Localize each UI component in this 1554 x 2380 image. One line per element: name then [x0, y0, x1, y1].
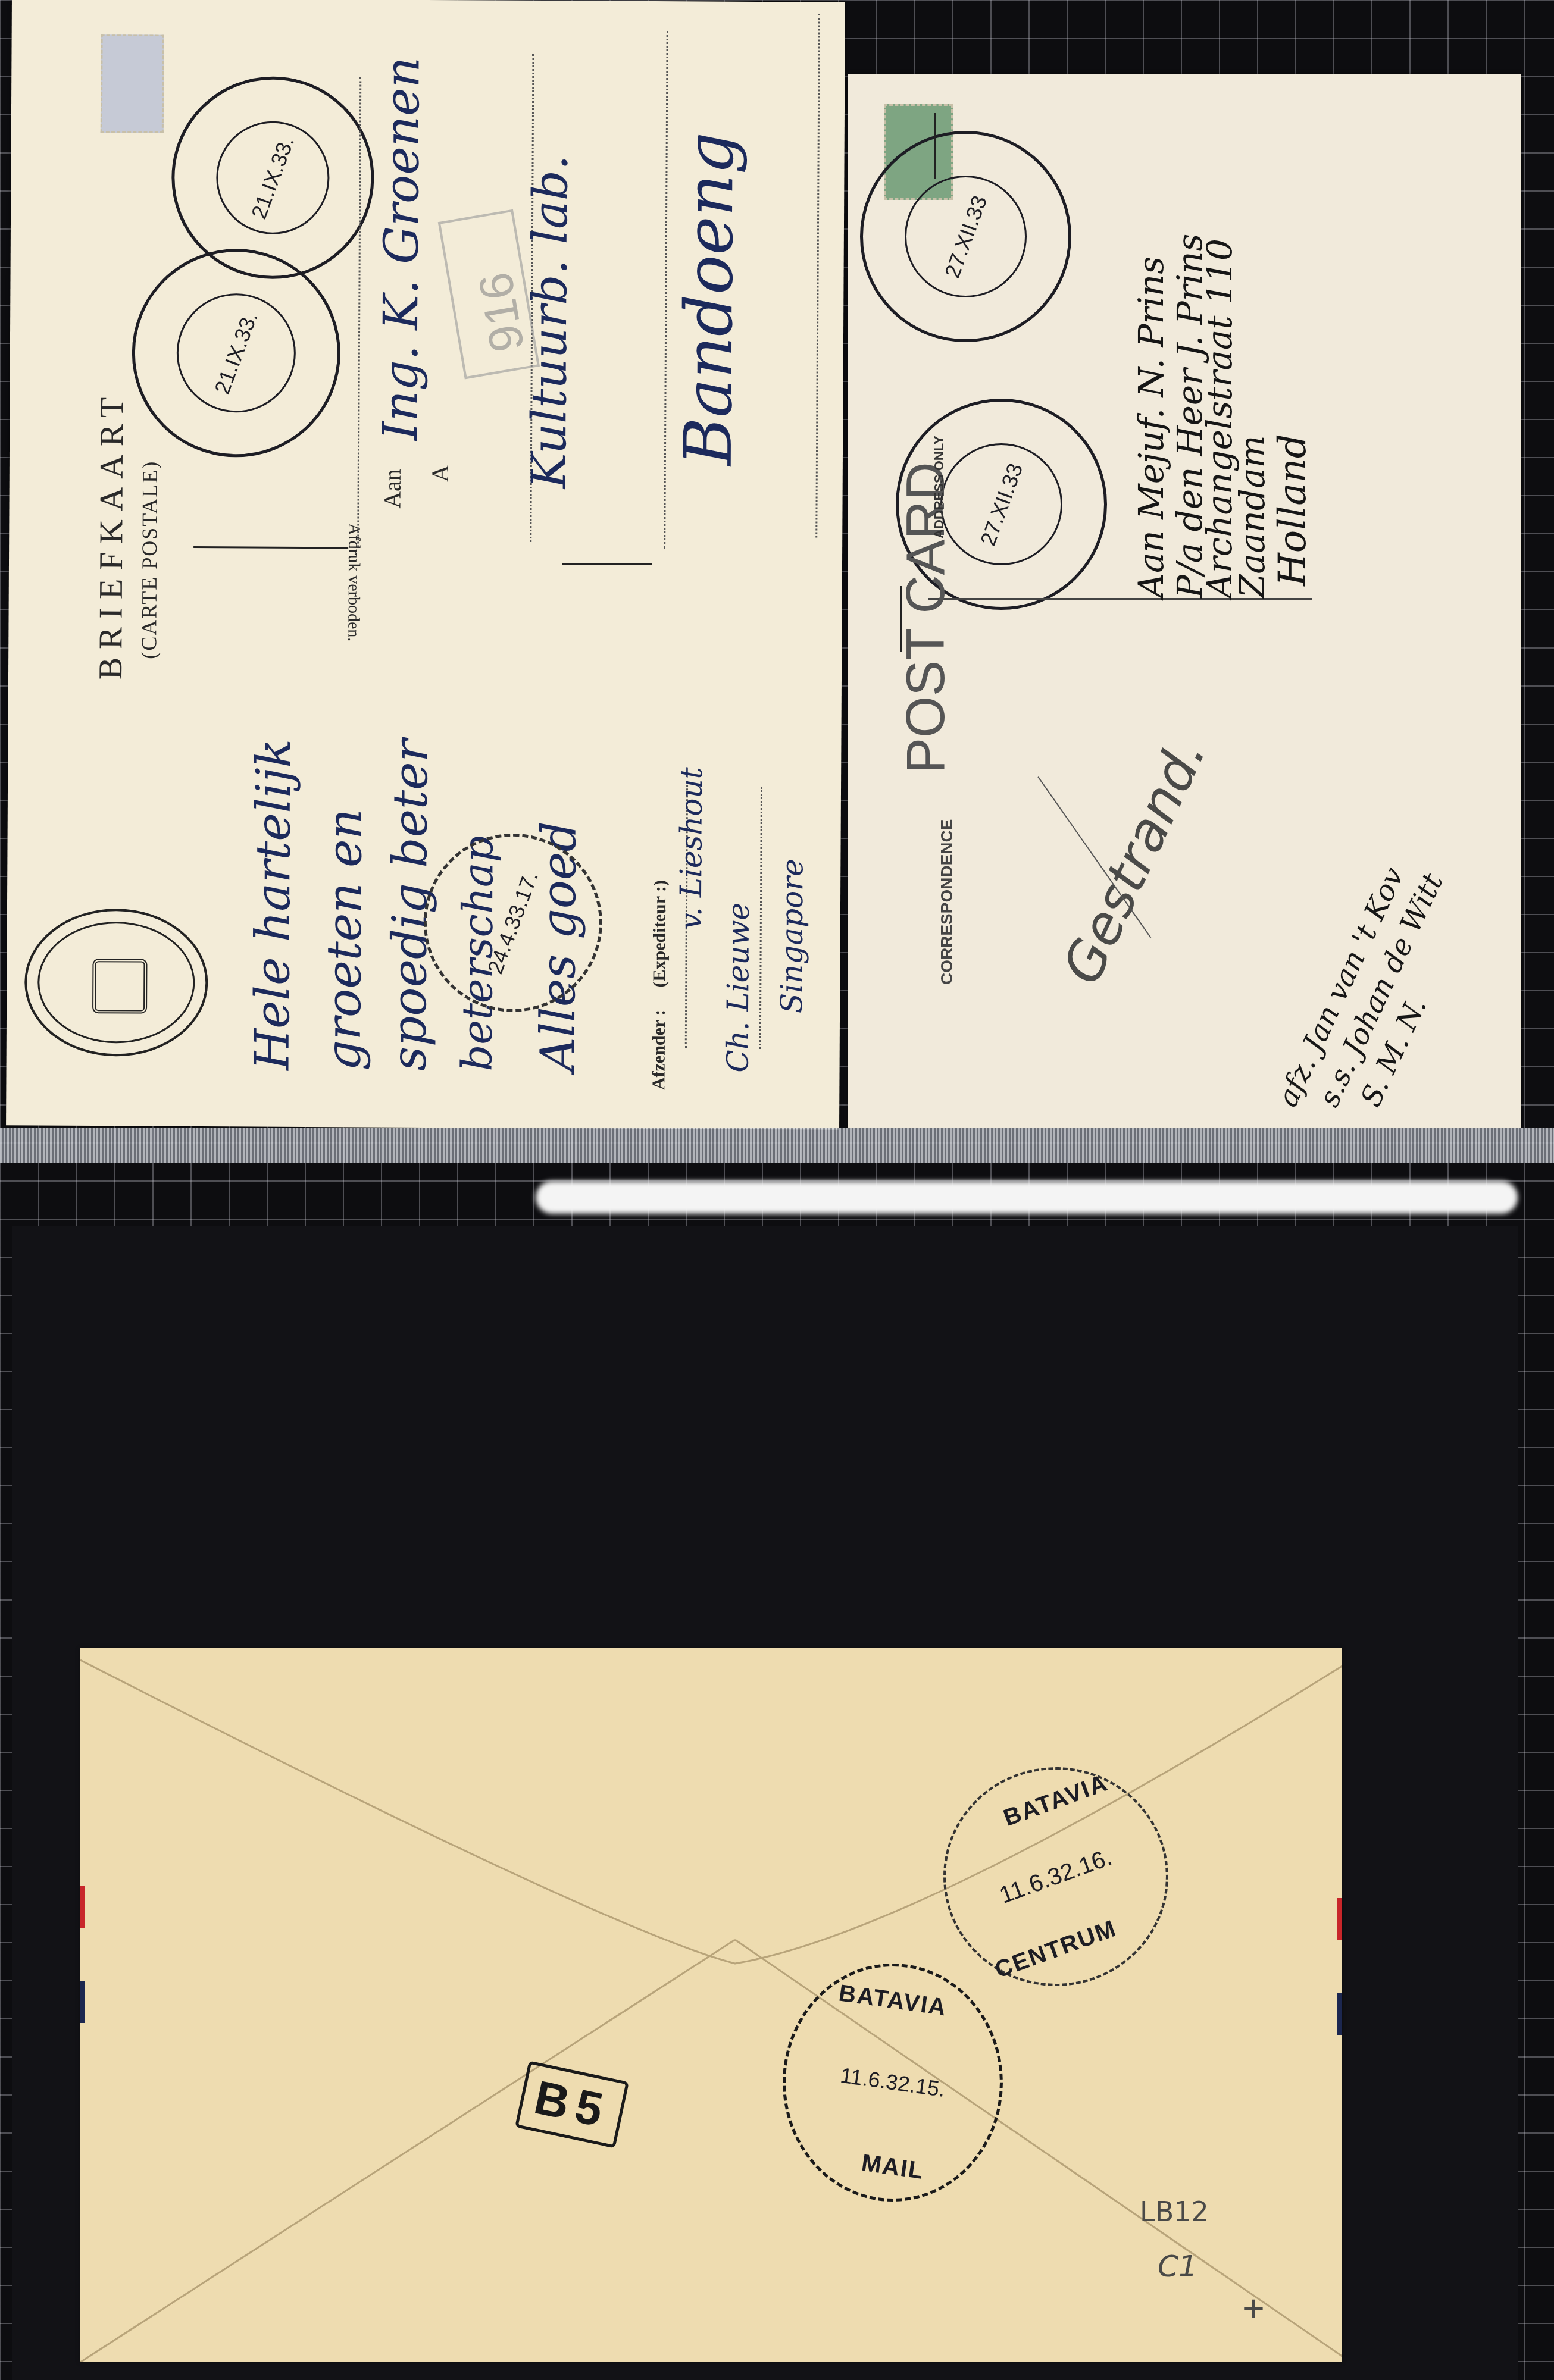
sender-label: Afzender : (Expediteur :): [649, 880, 670, 1090]
card-subtype-label: (CARTE POSTALE): [136, 461, 162, 659]
cancel-postagent-batavia-amsterdam-top: 27.XII.33: [860, 131, 1071, 342]
message-line-2: groeten en: [316, 809, 373, 1071]
sender-line-2: Ch. Lieuwe: [721, 903, 756, 1073]
sender-line: [759, 787, 762, 1049]
pencil-note-gestrand: Gestrand.: [1050, 728, 1218, 993]
airmail-stripe-red-left: [80, 1886, 85, 1928]
cancel-postagent-batavia-amsterdam: 21.IX.33.: [132, 248, 341, 458]
envelope-flap-lines: [80, 1648, 1342, 2362]
message-line-1: Hele hartelijk: [245, 739, 302, 1070]
address-prefix-aan: Aan: [378, 469, 406, 509]
sender-label-fr: (Expediteur :): [649, 880, 670, 987]
address-only-label: ADDRESS ONLY: [931, 436, 947, 538]
cancel-batavia-centrum: BATAVIA 11.6.32.16. CENTRUM: [943, 1767, 1168, 1986]
airmail-envelope-back: BATAVIA 11.6.32.16. CENTRUM BATAVIA 11.6…: [80, 1648, 1342, 2362]
address-line-3: Bandoeng: [670, 132, 748, 466]
notice-afdruk-verboden: Afdruk verboden.: [343, 523, 363, 641]
recipient-line-1: Aan Mejuf. N. Prins: [1131, 256, 1171, 598]
album-sleeve-strip: [0, 1128, 1554, 1163]
recipient-line-4: Zaandam: [1232, 435, 1272, 598]
cancel-batavia-amsterdam-1: 21.IX.33.: [171, 76, 375, 280]
divider-line: [193, 546, 348, 549]
address-line: [815, 14, 820, 537]
cancel-batavia-mail: BATAVIA 11.6.32.15. MAIL: [783, 1963, 1003, 2201]
cancel-bandoeng: 24.4.33.17.: [423, 833, 603, 1013]
sender-line-1: v. Lieshout: [674, 767, 709, 929]
post-card-label: POST CARD: [896, 462, 957, 773]
correspondence-label: CORRESPONDENCE: [937, 819, 956, 985]
airmail-stripe-blue-right: [1337, 1993, 1342, 2035]
divider-line: [562, 563, 652, 565]
postcard-post-card: 27.XII.33 27.XII.33 POST CARD CORRESPOND…: [848, 74, 1521, 1128]
pencil-note-lb12: LB12: [1140, 2196, 1209, 2228]
sender-label-nl: Afzender :: [649, 1010, 669, 1090]
pencil-note-plus: +: [1241, 2291, 1266, 2325]
recipient-line-5: Holland: [1271, 434, 1315, 586]
address-baseline: [928, 598, 1312, 600]
sender-line-3: Singapore: [774, 859, 809, 1013]
pencil-note-c1: C1: [1158, 2249, 1197, 2284]
airmail-stripe-blue-left: [80, 1981, 85, 2023]
address-prefix-a: A: [426, 465, 454, 482]
seal-kpm: [24, 908, 208, 1057]
postcard-briefkaart: 21.IX.33. 21.IX.33. BRIEFKAART (CARTE PO…: [6, 0, 845, 1130]
stamp-ned-indie-grey: [101, 34, 164, 133]
card-type-label: BRIEFKAART: [92, 389, 132, 680]
address-line: [664, 31, 668, 549]
plastic-glare: [536, 1181, 1518, 1214]
address-line-1: Ing. K. Groenen: [373, 57, 430, 440]
address-line-top: [934, 113, 936, 178]
boxed-mark-text: 916: [468, 268, 535, 356]
airmail-stripe-red-right: [1337, 1898, 1342, 1940]
